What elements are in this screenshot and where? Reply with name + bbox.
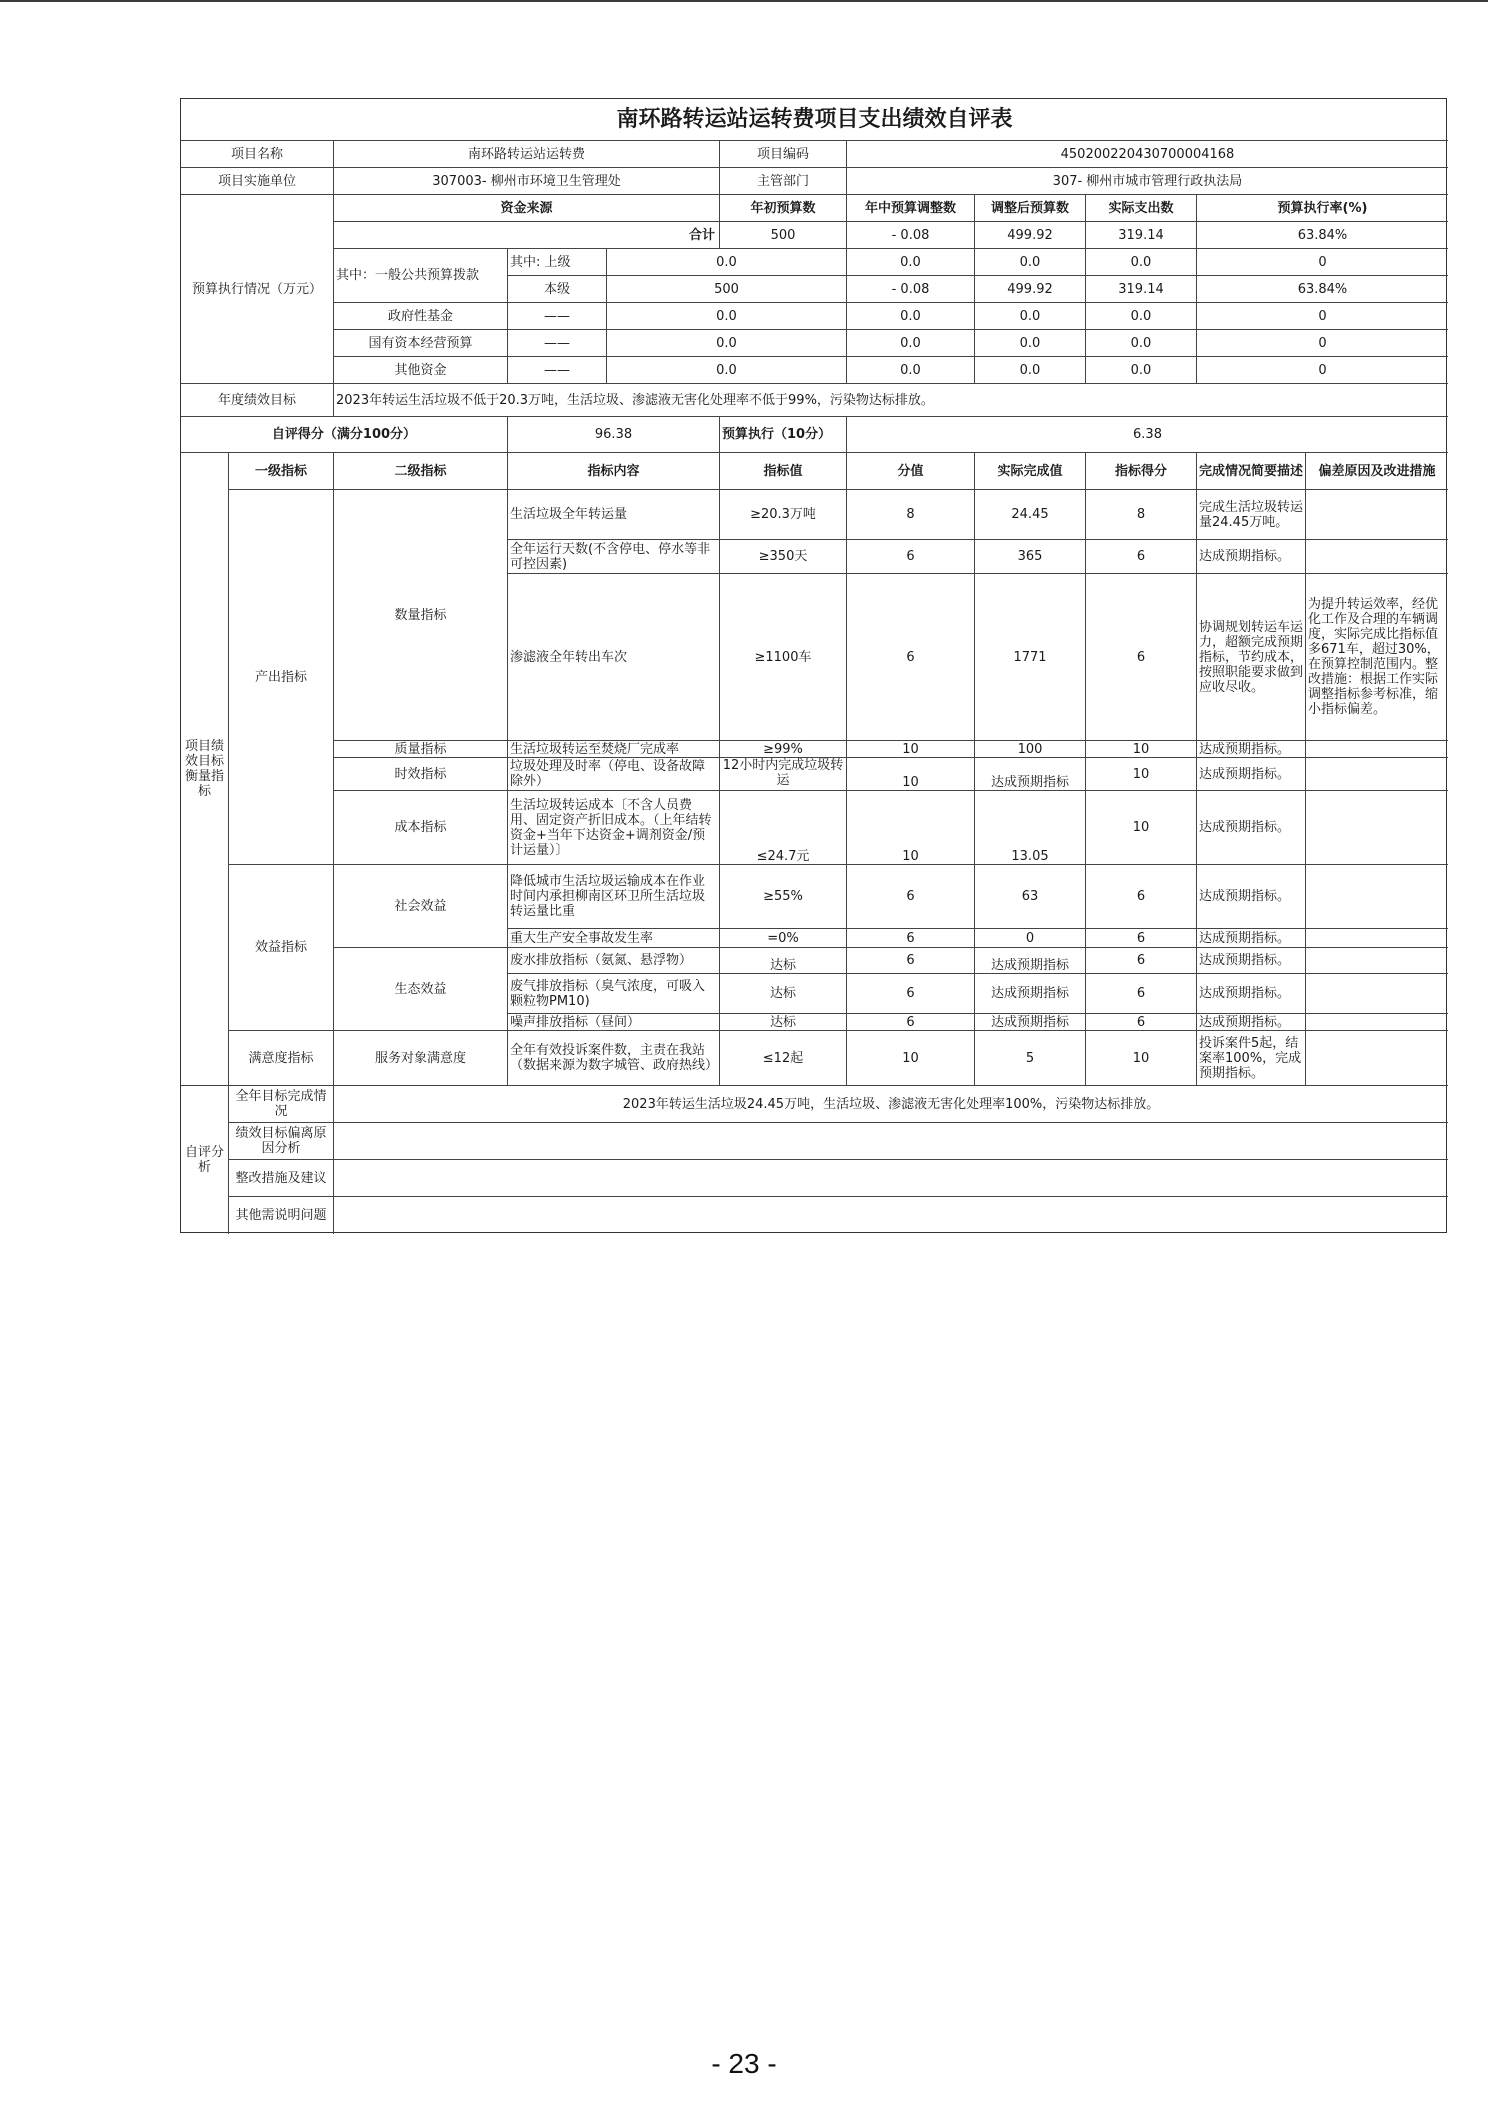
budget-rate-value: 0 (1197, 357, 1448, 384)
indicator-weight: 10 (847, 791, 975, 865)
indicator-description: 协调规划转运车运力，超额完成预期指标，节约成本，按照职能要求做到应收尽收。 (1197, 574, 1306, 741)
budget-initial-value: 0.0 (607, 249, 847, 276)
budget-actual-value: 0.0 (1086, 303, 1197, 330)
indicator-score: 10 (1086, 791, 1197, 865)
indicator-header: 指标得分 (1086, 453, 1197, 490)
budget-total-label: 合计 (334, 222, 720, 249)
budget-initial-value: 500 (607, 276, 847, 303)
budget-fund-label: 国有资本经营预算 (334, 330, 508, 357)
indicator-deviation-reason (1306, 758, 1448, 791)
budget-adjusted-value: 499.92 (975, 276, 1086, 303)
budget-adjust-value: 0.0 (847, 330, 975, 357)
level2-cost: 成本指标 (334, 791, 508, 865)
indicator-weight: 6 (847, 974, 975, 1014)
indicator-score: 6 (1086, 929, 1197, 948)
budget-exec-value: 6.38 (847, 417, 1448, 453)
budget-rate-value: 0 (1197, 303, 1448, 330)
indicator-target: ≥99% (720, 741, 847, 758)
indicator-header: 指标内容 (508, 453, 720, 490)
indicator-deviation-reason (1306, 791, 1448, 865)
indicator-deviation-reason (1306, 974, 1448, 1014)
budget-adjusted-value: 0.0 (975, 303, 1086, 330)
budget-header-rate: 预算执行率(%) (1197, 195, 1448, 222)
budget-fund-label: 政府性基金 (334, 303, 508, 330)
indicator-deviation-reason (1306, 865, 1448, 929)
impl-unit-value: 307003- 柳州市环境卫生管理处 (334, 168, 720, 195)
self-analysis-row-label: 整改措施及建议 (229, 1160, 334, 1197)
self-score-value: 96.38 (508, 417, 720, 453)
budget-initial-value: 0.0 (607, 303, 847, 330)
budget-exec-label: 预算执行（10分） (720, 417, 847, 453)
self-analysis-row-text: 2023年转运生活垃圾24.45万吨，生活垃圾、渗滤液无害化处理率100%，污染… (334, 1086, 1448, 1123)
budget-actual-value: 319.14 (1086, 276, 1197, 303)
page-number: - 23 - (0, 2048, 1488, 2080)
project-code-value: 450200220430700004168 (847, 141, 1448, 168)
indicator-description: 达成预期指标。 (1197, 741, 1306, 758)
indicator-actual: 0 (975, 929, 1086, 948)
budget-adjusted-value: 0.0 (975, 330, 1086, 357)
budget-actual-value: 319.14 (1086, 222, 1197, 249)
indicator-weight: 10 (847, 741, 975, 758)
indicator-description: 达成预期指标。 (1197, 1014, 1306, 1031)
indicator-section-label: 项目绩效目标衡量指标 (181, 453, 229, 1086)
indicator-target: 达标 (720, 948, 847, 974)
budget-initial-value: 0.0 (607, 357, 847, 384)
indicator-header: 完成情况简要描述 (1197, 453, 1306, 490)
indicator-target: 达标 (720, 1014, 847, 1031)
indicator-target: 达标 (720, 974, 847, 1014)
level1-output: 产出指标 (229, 490, 334, 865)
indicator-score: 6 (1086, 865, 1197, 929)
level1-satisfaction: 满意度指标 (229, 1031, 334, 1086)
budget-header-source: 资金来源 (334, 195, 720, 222)
indicator-score: 6 (1086, 948, 1197, 974)
indicator-actual: 24.45 (975, 490, 1086, 540)
level2-social: 社会效益 (334, 865, 508, 948)
indicator-content: 生活垃圾全年转运量 (508, 490, 720, 540)
indicator-description: 达成预期指标。 (1197, 865, 1306, 929)
indicator-weight: 6 (847, 948, 975, 974)
indicator-score: 6 (1086, 974, 1197, 1014)
budget-section-label: 预算执行情况（万元） (181, 195, 334, 384)
self-analysis-row-text (334, 1123, 1448, 1160)
indicator-deviation-reason (1306, 1031, 1448, 1086)
indicator-deviation-reason: 为提升转运效率，经优化工作及合理的车辆调度，实际完成比指标值多671车，超过30… (1306, 574, 1448, 741)
indicator-target: ≤24.7元 (720, 791, 847, 865)
budget-rate-value: 63.84% (1197, 276, 1448, 303)
budget-rate-value: 0 (1197, 330, 1448, 357)
indicator-header: 二级指标 (334, 453, 508, 490)
self-analysis-row-text (334, 1160, 1448, 1197)
indicator-weight: 10 (847, 1031, 975, 1086)
budget-adjusted-value: 499.92 (975, 222, 1086, 249)
indicator-actual: 63 (975, 865, 1086, 929)
budget-rate-value: 0 (1197, 249, 1448, 276)
indicator-header: 偏差原因及改进措施 (1306, 453, 1448, 490)
indicator-score: 10 (1086, 758, 1197, 791)
indicator-weight: 6 (847, 540, 975, 574)
level2-quantity: 数量指标 (334, 490, 508, 741)
budget-fund-dash: —— (508, 303, 607, 330)
annual-goal-text: 2023年转运生活垃圾不低于20.3万吨，生活垃圾、渗滤液无害化处理率不低于99… (334, 384, 1448, 417)
indicator-actual: 达成预期指标 (975, 758, 1086, 791)
indicator-deviation-reason (1306, 540, 1448, 574)
dept-value: 307- 柳州市城市管理行政执法局 (847, 168, 1448, 195)
performance-evaluation-table: 南环路转运站运转费项目支出绩效自评表项目名称南环路转运站运转费项目编码45020… (180, 98, 1447, 1233)
indicator-content: 生活垃圾转运成本〔不含人员费用、固定资产折旧成本。（上年结转资金+当年下达资金+… (508, 791, 720, 865)
indicator-description: 达成预期指标。 (1197, 929, 1306, 948)
indicator-actual: 13.05 (975, 791, 1086, 865)
budget-rate-value: 63.84% (1197, 222, 1448, 249)
indicator-description: 投诉案件5起，结案率100%，完成预期指标。 (1197, 1031, 1306, 1086)
annual-goal-label: 年度绩效目标 (181, 384, 334, 417)
level2-service-satisfaction: 服务对象满意度 (334, 1031, 508, 1086)
indicator-actual: 100 (975, 741, 1086, 758)
indicator-description: 达成预期指标。 (1197, 540, 1306, 574)
budget-actual-value: 0.0 (1086, 330, 1197, 357)
budget-header-adjusted: 调整后预算数 (975, 195, 1086, 222)
indicator-score: 6 (1086, 540, 1197, 574)
indicator-actual: 达成预期指标 (975, 948, 1086, 974)
indicator-weight: 6 (847, 865, 975, 929)
budget-fund-dash: —— (508, 330, 607, 357)
level2-ecological: 生态效益 (334, 948, 508, 1031)
indicator-score: 6 (1086, 574, 1197, 741)
budget-adjust-value: 0.0 (847, 303, 975, 330)
indicator-deviation-reason (1306, 741, 1448, 758)
indicator-weight: 10 (847, 758, 975, 791)
indicator-score: 10 (1086, 1031, 1197, 1086)
budget-initial-value: 500 (720, 222, 847, 249)
indicator-content: 生活垃圾转运至焚烧厂完成率 (508, 741, 720, 758)
indicator-score: 8 (1086, 490, 1197, 540)
budget-actual-value: 0.0 (1086, 249, 1197, 276)
indicator-weight: 6 (847, 574, 975, 741)
project-name-label: 项目名称 (181, 141, 334, 168)
indicator-content: 全年有效投诉案件数，主责在我站（数据来源为数字城管、政府热线） (508, 1031, 720, 1086)
budget-header-adjust: 年中预算调整数 (847, 195, 975, 222)
table-title: 南环路转运站运转费项目支出绩效自评表 (181, 99, 1448, 141)
budget-fund-dash: —— (508, 357, 607, 384)
indicator-target: ≥55% (720, 865, 847, 929)
indicator-deviation-reason (1306, 1014, 1448, 1031)
indicator-description: 达成预期指标。 (1197, 974, 1306, 1014)
budget-initial-value: 0.0 (607, 330, 847, 357)
budget-adjusted-value: 0.0 (975, 249, 1086, 276)
indicator-target: ≥20.3万吨 (720, 490, 847, 540)
level2-timeliness: 时效指标 (334, 758, 508, 791)
indicator-weight: 6 (847, 929, 975, 948)
indicator-header: 指标值 (720, 453, 847, 490)
indicator-actual: 365 (975, 540, 1086, 574)
indicator-weight: 8 (847, 490, 975, 540)
indicator-target: 12小时内完成垃圾转运 (720, 758, 847, 791)
budget-adjust-value: - 0.08 (847, 222, 975, 249)
indicator-weight: 6 (847, 1014, 975, 1031)
indicator-target: ≥1100车 (720, 574, 847, 741)
indicator-target: ≤12起 (720, 1031, 847, 1086)
indicator-content: 降低城市生活垃圾运输成本在作业时间内承担柳南区环卫所生活垃圾转运量比重 (508, 865, 720, 929)
indicator-content: 渗滤液全年转出车次 (508, 574, 720, 741)
indicator-target: =0% (720, 929, 847, 948)
budget-fund-label: 其他资金 (334, 357, 508, 384)
indicator-content: 废水排放指标（氨氮、悬浮物） (508, 948, 720, 974)
level2-quality: 质量指标 (334, 741, 508, 758)
budget-local-label: 本级 (508, 276, 607, 303)
dept-label: 主管部门 (720, 168, 847, 195)
self-analysis-row-label: 其他需说明问题 (229, 1197, 334, 1234)
indicator-target: ≥350天 (720, 540, 847, 574)
indicator-score: 6 (1086, 1014, 1197, 1031)
indicator-actual: 5 (975, 1031, 1086, 1086)
budget-adjusted-value: 0.0 (975, 357, 1086, 384)
indicator-content: 重大生产安全事故发生率 (508, 929, 720, 948)
indicator-description: 达成预期指标。 (1197, 948, 1306, 974)
indicator-header: 分值 (847, 453, 975, 490)
self-analysis-row-label: 全年目标完成情况 (229, 1086, 334, 1123)
indicator-content: 废气排放指标（臭气浓度，可吸入颗粒物PM10) (508, 974, 720, 1014)
self-analysis-row-text (334, 1197, 1448, 1234)
budget-header-initial: 年初预算数 (720, 195, 847, 222)
budget-general-label: 其中：一般公共预算拨款 (334, 249, 508, 303)
self-score-label: 自评得分（满分100分） (181, 417, 508, 453)
project-name-value: 南环路转运站运转费 (334, 141, 720, 168)
indicator-score: 10 (1086, 741, 1197, 758)
budget-header-actual: 实际支出数 (1086, 195, 1197, 222)
indicator-content: 垃圾处理及时率（停电、设备故障除外） (508, 758, 720, 791)
indicator-header: 实际完成值 (975, 453, 1086, 490)
self-analysis-label: 自评分析 (181, 1086, 229, 1234)
project-code-label: 项目编码 (720, 141, 847, 168)
indicator-deviation-reason (1306, 490, 1448, 540)
budget-upper-label: 其中: 上级 (508, 249, 607, 276)
indicator-deviation-reason (1306, 929, 1448, 948)
indicator-description: 达成预期指标。 (1197, 791, 1306, 865)
indicator-actual: 达成预期指标 (975, 1014, 1086, 1031)
budget-adjust-value: - 0.08 (847, 276, 975, 303)
indicator-content: 噪声排放指标（昼间） (508, 1014, 720, 1031)
impl-unit-label: 项目实施单位 (181, 168, 334, 195)
budget-adjust-value: 0.0 (847, 249, 975, 276)
indicator-deviation-reason (1306, 948, 1448, 974)
indicator-content: 全年运行天数(不含停电、停水等非可控因素) (508, 540, 720, 574)
indicator-actual: 达成预期指标 (975, 974, 1086, 1014)
indicator-header: 一级指标 (229, 453, 334, 490)
indicator-description: 达成预期指标。 (1197, 758, 1306, 791)
indicator-description: 完成生活垃圾转运量24.45万吨。 (1197, 490, 1306, 540)
page-top-border (0, 0, 1488, 2)
level1-benefit: 效益指标 (229, 865, 334, 1031)
self-analysis-row-label: 绩效目标偏离原因分析 (229, 1123, 334, 1160)
indicator-actual: 1771 (975, 574, 1086, 741)
budget-actual-value: 0.0 (1086, 357, 1197, 384)
budget-adjust-value: 0.0 (847, 357, 975, 384)
